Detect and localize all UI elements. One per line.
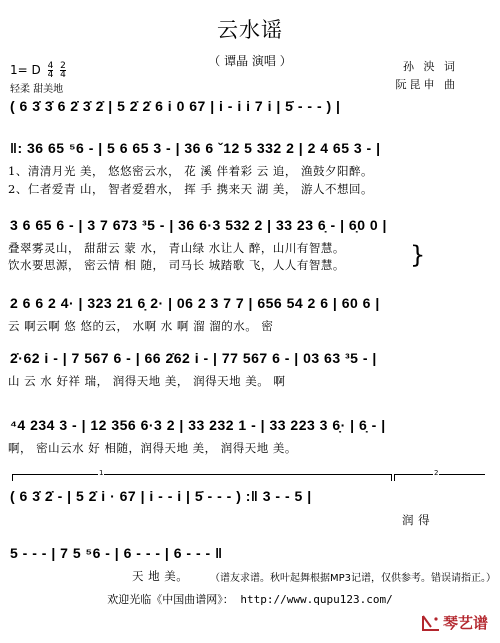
key-label: 1= D — [10, 63, 41, 77]
transcription-note: （谱友求谱。秋叶起舞根据MP3记谱，仅供参考。错误请指正。） — [210, 569, 496, 584]
lyrics-verse-2-line-2: 2、仁者爱青 山， 智者爱碧水， 挥 手 携来天 湖 美， 游人不想回。 — [8, 181, 373, 197]
time-signature-1: 4 4 — [48, 62, 54, 79]
tempo-marking: 轻柔 甜美地 — [10, 80, 63, 95]
lyrics-line-8: 天 地 美。 — [132, 568, 188, 584]
score-line-5: 2̇·62 i - | 7 567 6 - | 66 2̇62 i - | 77… — [10, 350, 494, 366]
lyrics-line-6: 啊， 密山云水 好 相随，润得天地 美， 润得天地 美。 — [8, 440, 297, 456]
lyrics-line-5: 山 云 水 好祥 瑞， 润得天地 美， 润得天地 美。 啊 — [8, 373, 285, 389]
qinyipu-logo: 琴艺谱 — [421, 612, 488, 633]
composer-credit: 阮昆申 曲 — [396, 76, 459, 92]
website-welcome: 欢迎光临《中国曲谱网》： http://www.qupu123.com/ — [0, 591, 500, 607]
volta-bracket-2: 2 — [394, 474, 485, 481]
lyrics-verse-1-line-3: 叠翠雾灵山， 甜甜云 蒙 水， 青山绿 水让人 醉，山川有智慧。 — [8, 240, 345, 256]
lyrics-verse-2-line-3: 饮水要思源， 密云情 相 随， 司马长 城踏歌 飞，人人有智慧。 — [8, 257, 345, 273]
score-line-7: ( 6 3̇ 2̇ - | 5 2̇ i · 67 | i - - i | 5̇… — [10, 488, 494, 504]
logo-text: 琴艺谱 — [443, 612, 488, 633]
logo-mark-icon — [421, 615, 441, 631]
score-line-4: 2 6 6 2 4· | 323 21 6̣ 2· | 06 2 3 7 7 |… — [10, 295, 494, 311]
score-line-3: 3 6 65 6 - | 3 7 673 ³5 - | 36 6·3 532 2… — [10, 217, 494, 233]
score-line-8: 5 - - - | 7 5 ⁵6 - | 6 - - - | 6 - - - ‖ — [10, 545, 494, 561]
verse-brace: } — [410, 240, 425, 270]
score-line-6: ⁴4 234 3 - | 12 356 6·3 2 | 33 232 1 - |… — [10, 417, 494, 433]
song-title: 云水谣 — [0, 14, 500, 44]
lyrics-line-7: 润 得 — [402, 512, 430, 528]
score-line-2: ‖: 36 65 ⁵6 - | 5 6 65 3 - | 36 6 ˇ12 5 … — [10, 140, 494, 156]
lyrics-line-4: 云 啊云啊 悠 悠的云， 水啊 水 啊 溜 溜的水。 密 — [8, 318, 273, 334]
time-signature-2: 2 4 — [60, 62, 66, 79]
volta-bracket-1: 1 — [12, 474, 392, 481]
lyricist-credit: 孙 泱 词 — [403, 58, 458, 74]
lyrics-verse-1-line-2: 1、清清月光 美， 悠悠密云水， 花 溪 伴着彩 云 追， 渔鼓夕阳醉。 — [8, 163, 373, 179]
score-line-1: ( 6 3̇ 3̇ 6 2̇ 3̇ 2̇ | 5 2̇ 2̇ 6 i 0 67 … — [10, 98, 494, 114]
key-signature: 1= D 4 4 2 4 — [10, 62, 66, 79]
